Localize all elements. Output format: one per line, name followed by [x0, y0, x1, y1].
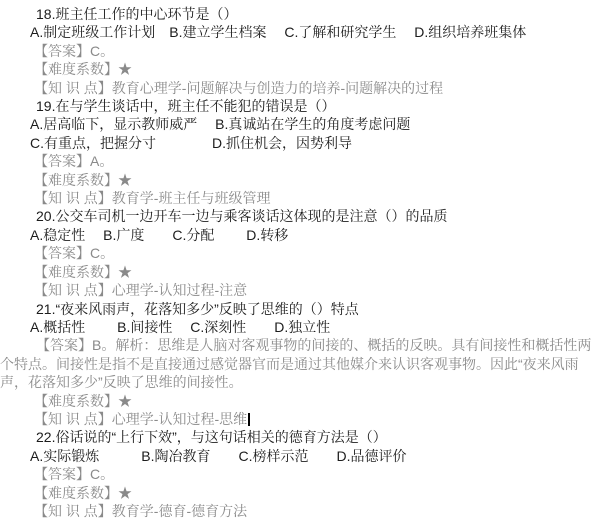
question-block-18: 18.班主任工作的中心环节是（） A.制定班级工作计划 B.建立学生档案 C.了… [0, 5, 599, 97]
question-options: C.有重点，把握分寸 D.抓住机会，因势利导 [0, 134, 599, 152]
question-stem: 18.班主任工作的中心环节是（） [0, 5, 599, 23]
answer-explanation: 【答案】B。解析：思维是人脑对客观事物的间接的、概括的反映。具有间接性和概括性两… [0, 336, 599, 391]
text-cursor [248, 413, 250, 426]
knowledge-line: 【知 识 点】教育学-班主任与班级管理 [0, 189, 599, 207]
difficulty-line: 【难度系数】★ [0, 392, 599, 410]
question-block-21: 21.“夜来风雨声，花落知多少”反映了思维的（）特点 A.概括性 B.间接性 C… [0, 300, 599, 429]
question-options: A.居高临下，显示教师威严 B.真诚站在学生的角度考虑问题 [0, 115, 599, 133]
question-stem: 20.公交车司机一边开车一边与乘客谈话这体现的是注意（）的品质 [0, 207, 599, 225]
knowledge-text: 【知 识 点】心理学-认知过程-思维 [34, 411, 247, 427]
question-options: A.概括性 B.间接性 C.深刻性 D.独立性 [0, 318, 599, 336]
question-options: A.稳定性 B.广度 C.分配 D.转移 [0, 226, 599, 244]
knowledge-line: 【知 识 点】教育学-德育-德育方法 [0, 502, 599, 519]
difficulty-line: 【难度系数】★ [0, 263, 599, 281]
question-block-20: 20.公交车司机一边开车一边与乘客谈话这体现的是注意（）的品质 A.稳定性 B.… [0, 207, 599, 299]
knowledge-line: 【知 识 点】心理学-认知过程-思维 [0, 410, 599, 428]
knowledge-line: 【知 识 点】心理学-认知过程-注意 [0, 281, 599, 299]
question-options: A.制定班级工作计划 B.建立学生档案 C.了解和研究学生 D.组织培养班集体 [0, 23, 599, 41]
answer-line: 【答案】C。 [0, 42, 599, 60]
question-options: A.实际锻炼 B.陶冶教育 C.榜样示范 D.品德评价 [0, 447, 599, 465]
difficulty-line: 【难度系数】★ [0, 171, 599, 189]
answer-line: 【答案】C。 [0, 244, 599, 262]
answer-line: 【答案】A。 [0, 152, 599, 170]
question-stem: 19.在与学生谈话中，班主任不能犯的错误是（） [0, 97, 599, 115]
question-stem: 22.俗话说的“上行下效”，与这句话相关的德育方法是（） [0, 428, 599, 446]
difficulty-line: 【难度系数】★ [0, 60, 599, 78]
question-block-19: 19.在与学生谈话中，班主任不能犯的错误是（） A.居高临下，显示教师威严 B.… [0, 97, 599, 207]
difficulty-line: 【难度系数】★ [0, 484, 599, 502]
knowledge-line: 【知 识 点】教育心理学-问题解决与创造力的培养-问题解决的过程 [0, 79, 599, 97]
document-edit-area[interactable]: 18.班主任工作的中心环节是（） A.制定班级工作计划 B.建立学生档案 C.了… [0, 0, 599, 519]
question-stem: 21.“夜来风雨声，花落知多少”反映了思维的（）特点 [0, 300, 599, 318]
question-block-22: 22.俗话说的“上行下效”，与这句话相关的德育方法是（） A.实际锻炼 B.陶冶… [0, 428, 599, 519]
answer-line: 【答案】C。 [0, 465, 599, 483]
